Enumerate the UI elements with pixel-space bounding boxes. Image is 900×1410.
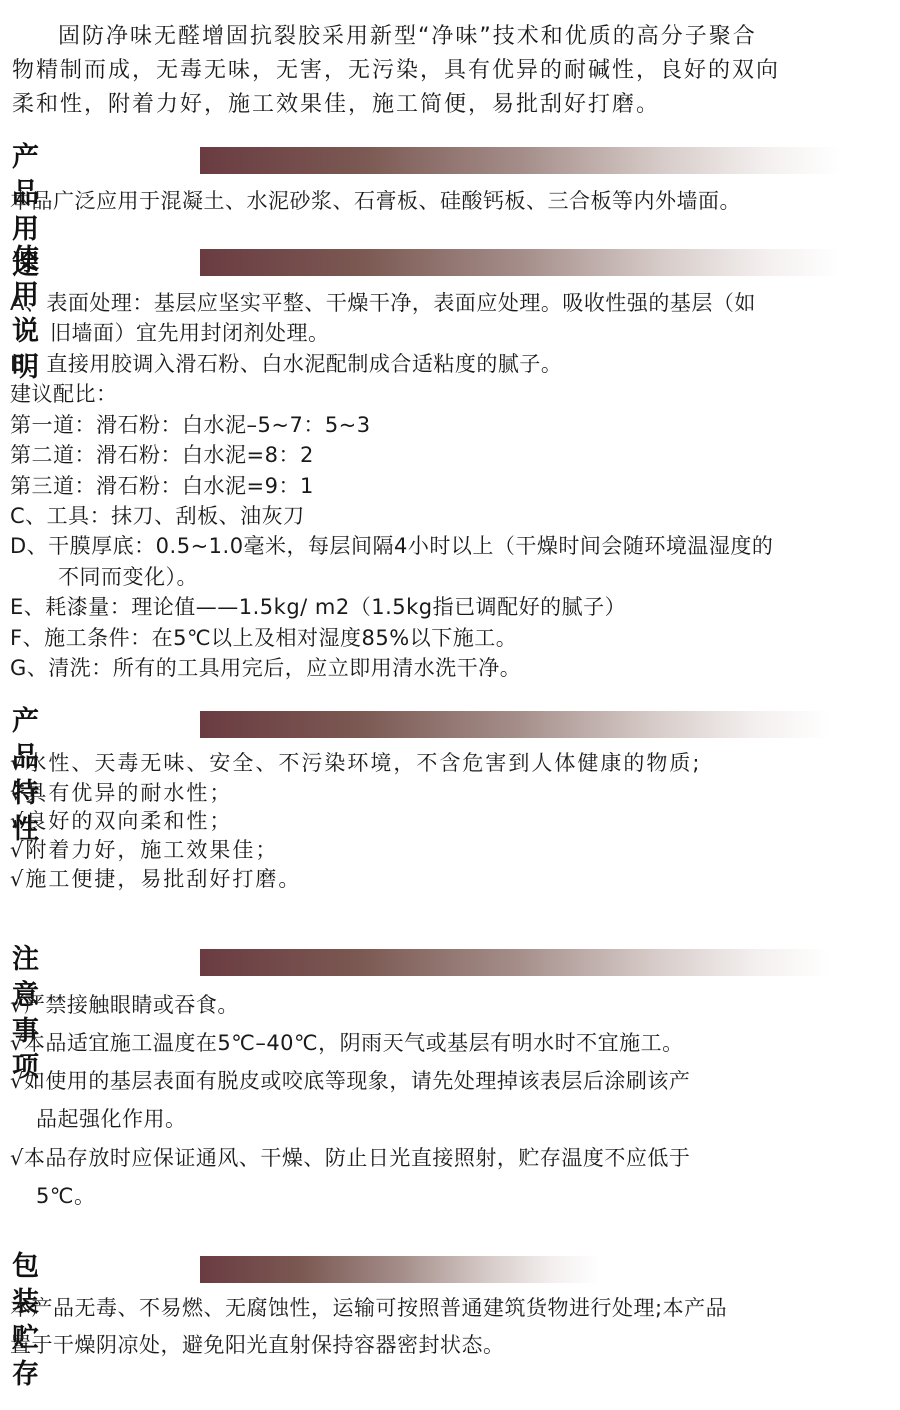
intro-line: 柔和性，附着力好，施工效果佳，施工简便，易批刮好打磨。 — [12, 90, 660, 120]
precaution-item: √严禁接触眼睛或吞食。 — [10, 990, 239, 1020]
storage-line: 本产品无毒、不易燃、无腐蚀性，运输可按照普通建筑货物进行处理;本产品 — [10, 1293, 727, 1323]
instruction-item-cont: 旧墙面）宜先用封闭剂处理。 — [50, 318, 330, 348]
instruction-item: 第二道：滑石粉：白水泥=8：2 — [10, 440, 314, 470]
feature-item: √附着力好，施工效果佳； — [10, 835, 278, 865]
section-gradient-bar — [200, 147, 840, 174]
feature-item: √施工便捷，易批刮好打磨。 — [10, 864, 301, 894]
precaution-item-cont: 5℃。 — [36, 1181, 95, 1211]
instruction-item: D、干膜厚底：0.5~1.0毫米，每层间隔4小时以上（干燥时间会随环境温湿度的 — [10, 531, 773, 561]
instruction-item-cont: 不同而变化）。 — [58, 562, 198, 592]
instruction-item: F、施工条件：在5℃以上及相对湿度85%以下施工。 — [10, 623, 517, 653]
precaution-item: √本品适宜施工温度在5℃–40℃，阴雨天气或基层有明水时不宜施工。 — [10, 1028, 684, 1058]
section-gradient-bar — [200, 249, 840, 276]
instruction-item: C、工具：抹刀、刮板、油灰刀 — [10, 501, 305, 531]
feature-item: √水性、天毒无味、安全、不污染环境，不含危害到人体健康的物质; — [10, 748, 701, 778]
section-gradient-bar — [200, 711, 830, 738]
precaution-item: √如使用的基层表面有脱皮或咬底等现象，请先处理掉该表层后涂刷该产 — [10, 1066, 690, 1096]
storage-line: 置于干燥阴凉处，避免阳光直射保持容器密封状态。 — [10, 1330, 505, 1360]
precaution-item-cont: 品起强化作用。 — [36, 1104, 187, 1134]
precaution-item: √本品存放时应保证通风、干燥、防止日光直接照射，贮存温度不应低于 — [10, 1143, 690, 1173]
intro-line: 物精制而成，无毒无味，无害，无污染，具有优异的耐碱性，良好的双向 — [12, 56, 780, 86]
instruction-item: B、直接用胶调入滑石粉、白水泥配制成合适粘度的腻子。 — [10, 349, 562, 379]
instruction-item: 建议配比： — [10, 379, 118, 409]
section-gradient-bar — [200, 1256, 600, 1283]
section-gradient-bar — [200, 949, 830, 976]
instruction-item: 第三道：滑石粉：白水泥=9：1 — [10, 471, 314, 501]
instruction-item: A、表面处理：基层应坚实平整、干燥干净，表面应处理。吸收性强的基层（如 — [10, 288, 756, 318]
feature-item: √具有优异的耐水性； — [10, 778, 232, 808]
instruction-item: G、清洗：所有的工具用完后，应立即用清水洗干净。 — [10, 653, 521, 683]
instruction-item: E、耗漆量：理论值——1.5kg/ m2（1.5kg指已调配好的腻子） — [10, 592, 626, 622]
feature-item: √良好的双向柔和性； — [10, 806, 232, 836]
usage-text: 本品广泛应用于混凝土、水泥砂浆、石膏板、硅酸钙板、三合板等内外墙面。 — [10, 186, 741, 216]
instruction-item: 第一道：滑石粉：白水泥–5~7：5~3 — [10, 410, 371, 440]
intro-line: 固防净味无醛增固抗裂胶采用新型“净味”技术和优质的高分子聚合 — [58, 22, 757, 52]
